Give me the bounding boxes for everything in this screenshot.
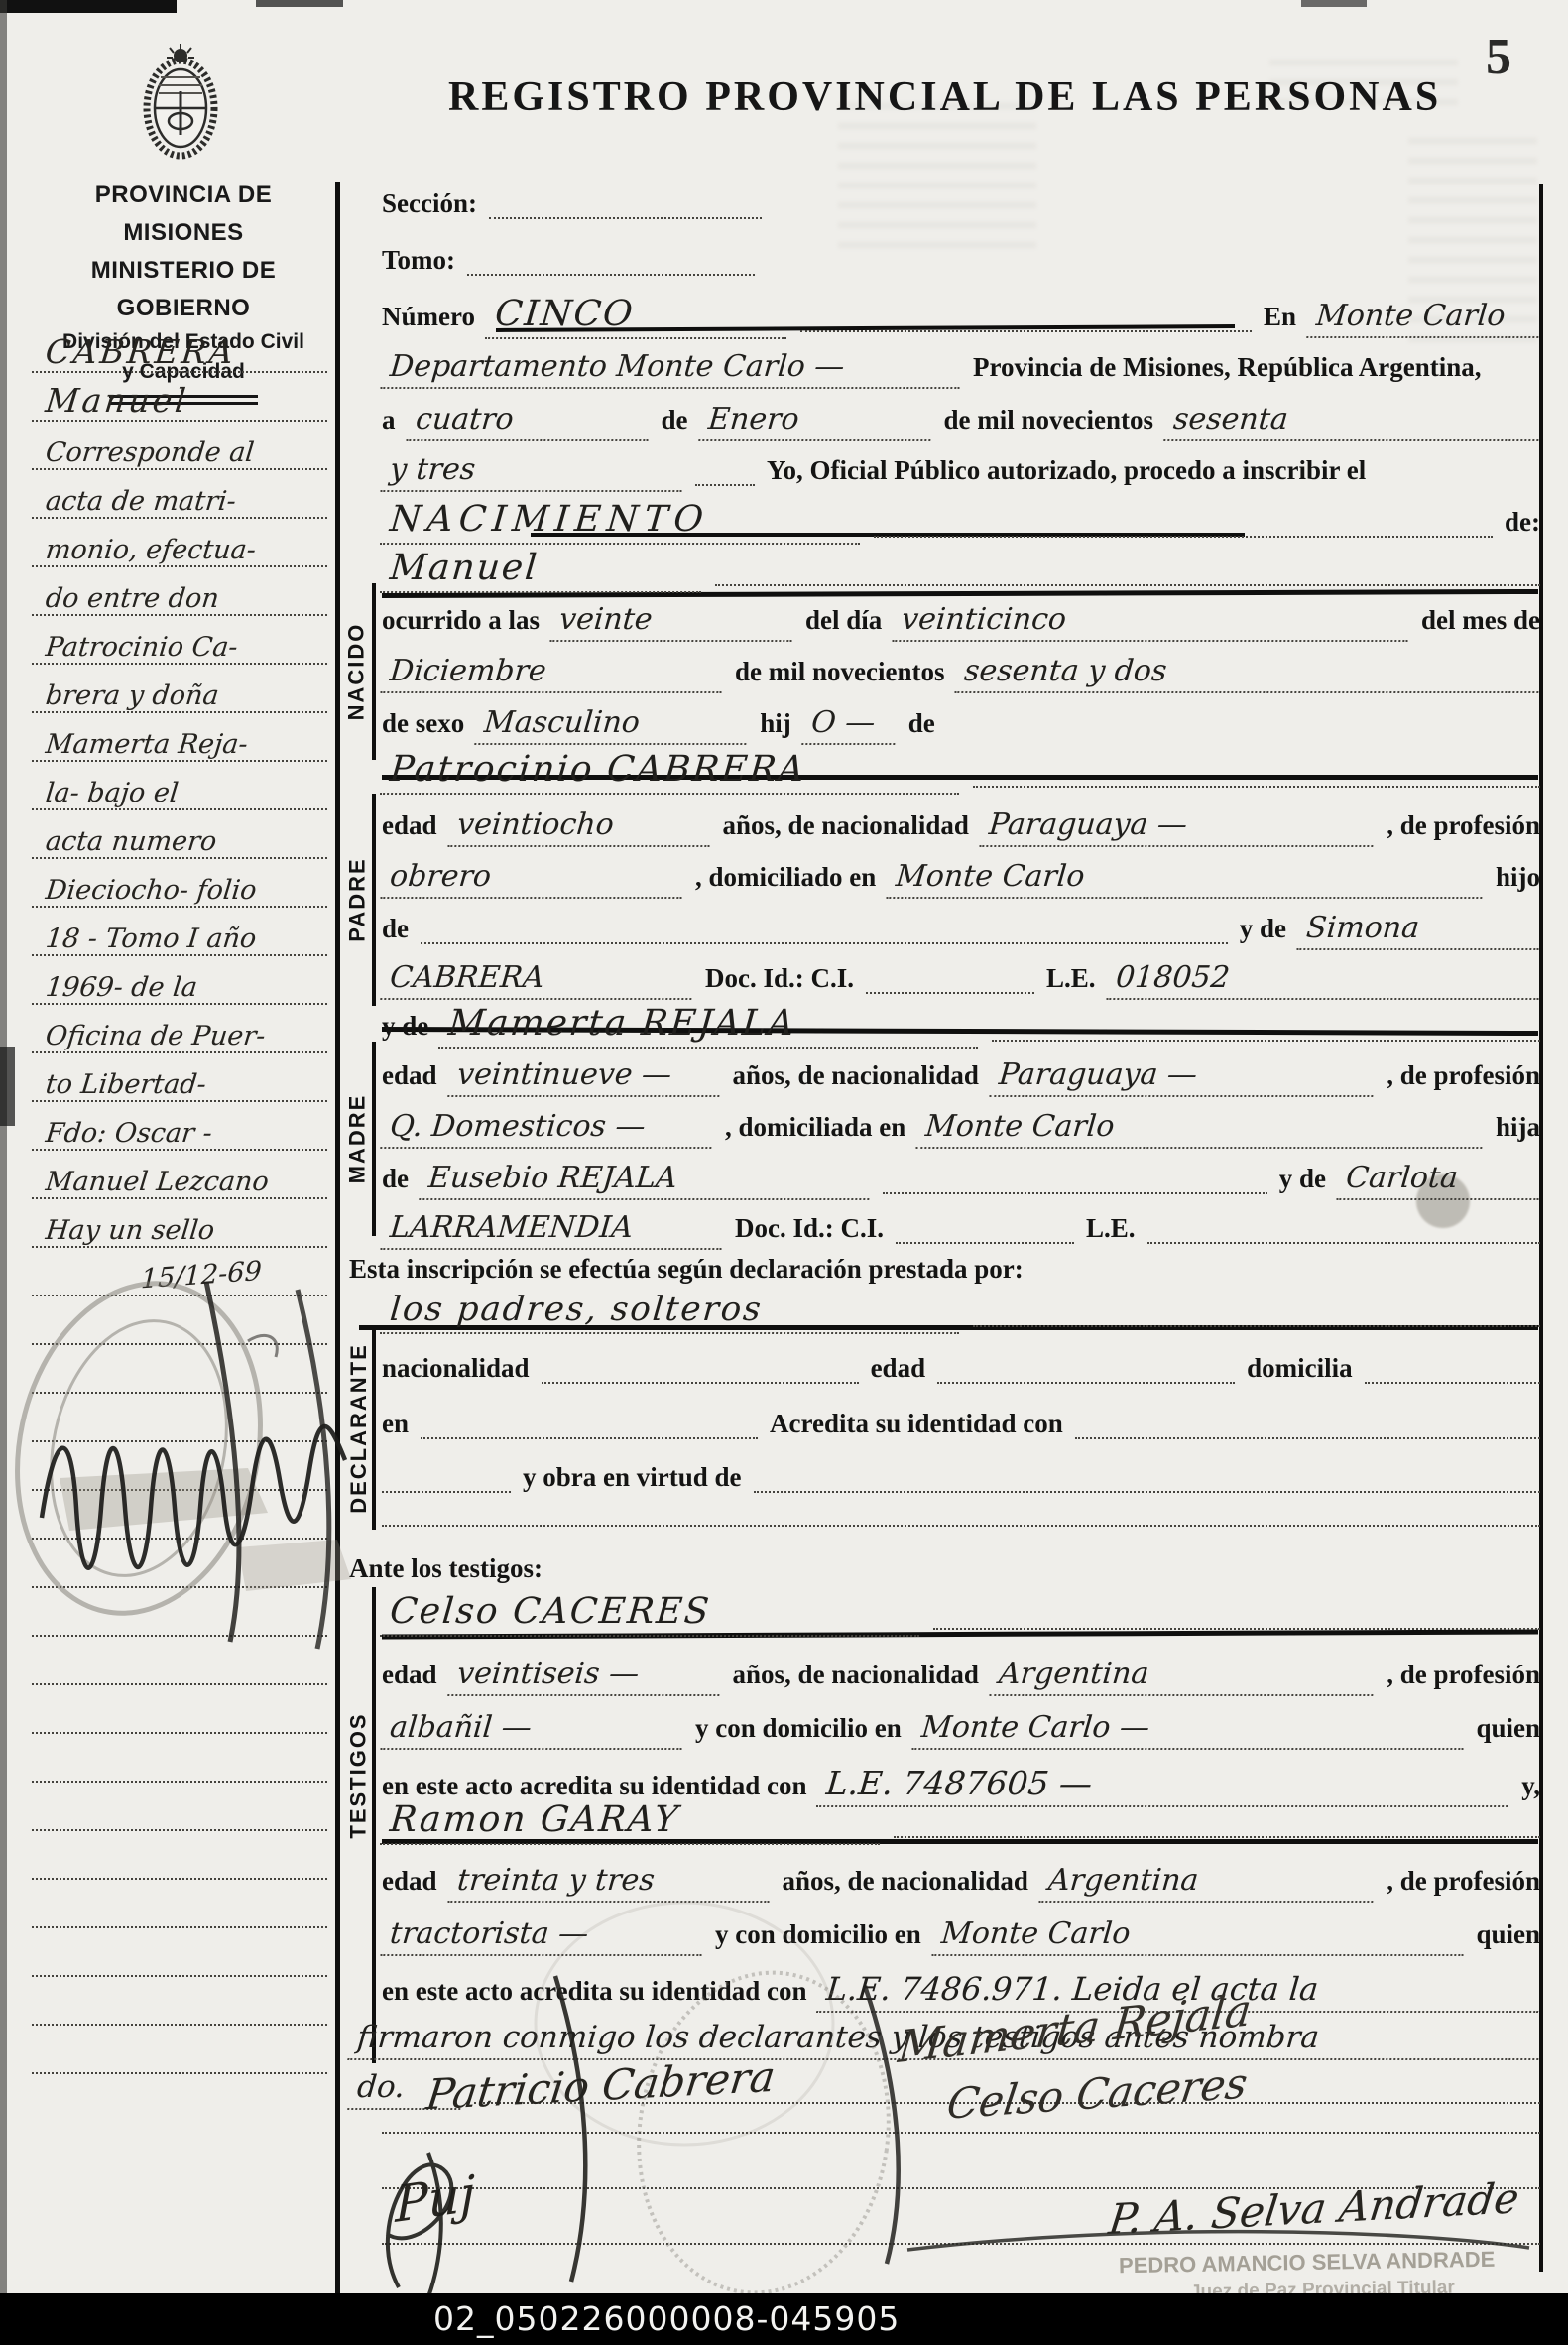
margin-note-line: Dieciocho- folio	[32, 857, 327, 908]
de-label: de	[382, 1164, 409, 1194]
madre-edad-value: veintinueve —	[447, 1057, 722, 1097]
y-label: y,	[1521, 1771, 1540, 1801]
margin-note-line: Oficina de Puer-	[32, 1003, 327, 1053]
testigo2-domicilio-value: Monte Carlo	[931, 1916, 1466, 1956]
hijo-label: hijo	[1496, 862, 1540, 893]
blank-line	[467, 274, 755, 276]
doc-label: Doc. Id.: C.I.	[705, 963, 854, 994]
margin-note-line: Manuel Lezcano	[32, 1149, 327, 1199]
field-nombre-padre: Patrocinio CABRERA	[382, 749, 1540, 797]
margin-blank-line	[32, 1781, 327, 1831]
field-acto: NACIMIENTO de:	[382, 499, 1540, 547]
field-departamento: Departamento Monte Carlo — Provincia de …	[382, 349, 1540, 397]
birth-certificate-scan: REGISTRO PROVINCIAL DE LAS PERSONAS 5 PR…	[0, 0, 1568, 2345]
numero-label: Número	[382, 302, 475, 332]
profesion-label: , de profesión	[1387, 1660, 1540, 1690]
acredita-label: en este acto acredita su identidad con	[382, 1976, 806, 2007]
por-value: los padres, solteros	[380, 1290, 963, 1334]
blank-line	[382, 2243, 1540, 2245]
margin-blank-line	[32, 1683, 327, 1734]
domiciliado-label: , domiciliado en	[695, 862, 876, 893]
page-number: 5	[1486, 28, 1511, 86]
blank-line	[933, 1628, 1540, 1630]
testigo1-edad-value: veintiseis —	[447, 1657, 722, 1696]
hijo-value: O —	[801, 705, 898, 745]
padre-nombre-value: Patrocinio CABRERA	[380, 749, 963, 795]
field-fecha: a cuatro de Enero de mil novecientos ses…	[382, 402, 1540, 449]
nombre-value: Manuel	[380, 548, 705, 593]
testigo1-domicilio-value: Monte Carlo —	[911, 1710, 1466, 1750]
field-numero: Número CINCO En Monte Carlo	[382, 294, 1540, 341]
madre-abuela-value: Carlota	[1336, 1161, 1541, 1200]
scan-footer-bar: 02_050226000008-045905	[0, 2293, 1568, 2345]
blank-line	[489, 217, 762, 219]
field-testigo1-edad: edad veintiseis — años, de nacionalidad …	[382, 1657, 1540, 1704]
margin-note-line: to Libertad-	[32, 1051, 327, 1102]
margin-note-line: monio, efectua-	[32, 517, 327, 567]
field-testigo2-doc: en este acto acredita su identidad con L…	[382, 1970, 1540, 2018]
blank-line	[382, 2132, 1540, 2134]
anio-nac-value: sesenta y dos	[955, 654, 1542, 693]
obra-label: y obra en virtud de	[523, 1462, 742, 1493]
margin-blank-line	[32, 2024, 327, 2074]
padre-abuela-value: Simona	[1296, 911, 1541, 950]
field-testigo2-nombre: Ramon GARAY	[382, 1799, 1540, 1847]
field-padre-abuelos: de y de Simona	[382, 911, 1540, 958]
blank-line	[874, 536, 1493, 538]
madre-profesion-value: Q. Domesticos —	[380, 1109, 714, 1149]
departamento-value: Departamento Monte Carlo —	[380, 349, 962, 389]
field-declarante-por: los padres, solteros	[382, 1290, 1540, 1337]
edad-label: edad	[382, 1660, 437, 1690]
field-testigo1-profesion: albañil — y con domicilio en Monte Carlo…	[382, 1710, 1540, 1758]
padre-profesion-value: obrero	[380, 859, 684, 899]
padre-edad-value: veintiocho	[447, 807, 712, 847]
form-left-border	[335, 182, 340, 2293]
scan-artifact	[1301, 0, 1367, 7]
sexo-value: Masculino	[475, 705, 750, 745]
field-padre-doc: CABRERA Doc. Id.: C.I. L.E. 018052	[382, 960, 1540, 1008]
desexo-label: de sexo	[382, 708, 464, 739]
blank-line	[1075, 1437, 1540, 1439]
section-bracket-padre	[372, 794, 376, 1006]
testigo2-profesion-value: tractorista —	[380, 1916, 704, 1956]
margin-note-line: brera y doña	[32, 663, 327, 713]
blank-line	[421, 1437, 758, 1439]
margin-blank-line	[32, 1586, 327, 1637]
en-label: en	[382, 1409, 409, 1439]
office-line: MINISTERIO DE GOBIERNO	[40, 252, 327, 327]
delmes-label: del mes de	[1421, 605, 1540, 636]
madre-domicilio-value: Monte Carlo	[916, 1109, 1486, 1149]
blank-line	[894, 1836, 1540, 1838]
dia-nac-value: veinticinco	[893, 602, 1411, 642]
de-label: de	[908, 708, 935, 739]
blank-line	[1365, 1382, 1540, 1384]
lugar-value: Monte Carlo	[1306, 299, 1541, 338]
edad-label: edad	[382, 1060, 437, 1091]
field-testigo2-profesion: tractorista — y con domicilio en Monte C…	[382, 1916, 1540, 1964]
field-declarante-en: en Acredita su identidad con	[382, 1409, 1540, 1456]
edad-label: edad	[382, 1866, 437, 1897]
margin-blank-line	[32, 1878, 327, 1928]
a-label: a	[382, 405, 396, 435]
blank-line	[715, 584, 1540, 586]
ocurrido-label: ocurrido a las	[382, 605, 540, 636]
testigo1-nacionalidad-value: Argentina	[989, 1657, 1377, 1696]
mes-nac-value: Diciembre	[380, 654, 724, 693]
anos-label: años, de nacionalidad	[723, 810, 969, 841]
blank-line	[992, 1040, 1540, 1042]
madre-apellido-value: LARRAMENDIA	[380, 1210, 724, 1250]
page-title: REGISTRO PROVINCIAL DE LAS PERSONAS	[448, 73, 1441, 121]
field-madre-profesion: Q. Domesticos — , domiciliada en Monte C…	[382, 1109, 1540, 1157]
field-nombre-nacido: Manuel	[382, 548, 1540, 595]
anio2-value: y tres	[380, 452, 684, 492]
testigo2-edad-value: treinta y tres	[447, 1863, 772, 1903]
margin-note-line: Patrocinio Ca-	[32, 614, 327, 665]
padre-domicilio-value: Monte Carlo	[887, 859, 1486, 899]
madre-abuelo-value: Eusebio REJALA	[419, 1161, 872, 1200]
section-bracket-nacido	[372, 583, 376, 760]
dia-value: cuatro	[406, 402, 651, 441]
blank-line	[421, 942, 1228, 944]
field-testigo1-nombre: Celso CACERES	[382, 1591, 1540, 1639]
margin-note-line: Mamerta Reja-	[32, 711, 327, 762]
acto-value: NACIMIENTO	[380, 499, 864, 545]
section-bracket-declarante	[372, 1327, 376, 1530]
margin-blank-line	[32, 1635, 327, 1685]
deldia-label: del día	[805, 605, 882, 636]
hora-value: veinte	[549, 602, 794, 642]
anos-label: años, de nacionalidad	[733, 1660, 979, 1690]
yde-label: y de	[1240, 914, 1286, 944]
ante-label: Ante los testigos:	[349, 1553, 543, 1584]
field-anio2: y tres Yo, Oficial Público autorizado, p…	[382, 452, 1540, 500]
domicilio-label: y con domicilio en	[695, 1713, 902, 1744]
section-label-testigos: TESTIGOS	[346, 1712, 372, 1838]
margin-blank-line	[32, 1926, 327, 1977]
field-tomo: Tomo:	[382, 245, 1540, 293]
blank-line	[382, 1525, 1540, 1527]
testigo1-nombre-value: Celso CACERES	[380, 1591, 923, 1637]
margin-note-line: Manuel	[32, 371, 327, 422]
margin-note-line: 18 - Tomo I año	[32, 906, 327, 956]
blank-line	[883, 1192, 1267, 1194]
acredita-label: Acredita su identidad con	[770, 1409, 1063, 1439]
blank-line	[754, 1491, 1540, 1493]
intro-label: Esta inscripción se efectúa según declar…	[349, 1254, 1024, 1285]
anio-value: sesenta	[1163, 402, 1542, 441]
demil-label: de mil novecientos	[735, 657, 944, 687]
margin-blank-line	[32, 1392, 327, 1442]
padre-nacionalidad-value: Paraguaya —	[979, 807, 1377, 847]
scan-id: 02_050226000008-045905	[433, 2299, 900, 2338]
edad-label: edad	[382, 810, 437, 841]
margin-note-line: 1969- de la	[32, 954, 327, 1005]
margin-note-line: do entre don	[32, 565, 327, 616]
margin-note-line: Corresponde al	[32, 420, 327, 470]
margin-note-line: acta numero	[32, 808, 327, 859]
margin-blank-line	[32, 1732, 327, 1783]
blank-line	[800, 330, 1252, 332]
margin-blank-line	[32, 1975, 327, 2026]
domiciliada-label: , domiciliada en	[725, 1112, 905, 1143]
margin-note-line: CABRERA	[32, 322, 327, 373]
yde2-label: y de	[1279, 1164, 1326, 1194]
le-label: L.E.	[1046, 963, 1096, 994]
oficial-label: Yo, Oficial Público autorizado, procedo …	[767, 455, 1366, 486]
section-label-padre: PADRE	[345, 857, 371, 941]
testigo2-nombre-value: Ramon GARAY	[380, 1799, 884, 1845]
margin-blank-line	[32, 1489, 327, 1540]
rubrica-flourish-text: Puj	[395, 2164, 475, 2234]
margin-note-line: 15/12-69	[32, 1246, 327, 1296]
blank-form-line	[382, 2125, 1540, 2172]
numero-value: CINCO	[485, 294, 790, 339]
testigo1-profesion-value: albañil —	[380, 1710, 684, 1750]
madre-nombre-value: Mamerta REJALA	[438, 1003, 982, 1049]
field-seccion: Sección:	[382, 188, 1540, 236]
field-padre-edad: edad veintiocho años, de nacionalidad Pa…	[382, 807, 1540, 855]
mes-value: Enero	[698, 402, 933, 441]
section-bracket-madre	[372, 1042, 376, 1236]
domicilio-label: y con domicilio en	[715, 1919, 921, 1950]
nacionalidad-label: nacionalidad	[382, 1353, 530, 1384]
doc-label: Doc. Id.: C.I.	[735, 1213, 884, 1244]
section-label-madre: MADRE	[344, 1094, 370, 1184]
blank-line	[896, 1242, 1074, 1244]
blank-line	[1147, 1242, 1540, 1244]
section-label-nacido: NACIDO	[343, 623, 369, 721]
field-madre-abuelos: de Eusebio REJALA y de Carlota	[382, 1161, 1540, 1208]
field-declarante-obra: y obra en virtud de	[382, 1462, 1540, 1510]
en-label: En	[1264, 302, 1296, 332]
margin-blank-line	[32, 1440, 327, 1491]
office-line: PROVINCIA DE MISIONES	[40, 177, 327, 252]
hija-label: hija	[1496, 1112, 1540, 1143]
scan-artifact	[0, 1047, 15, 1126]
section-bracket-testigos	[372, 1587, 376, 2063]
padre-apellido-value: CABRERA	[380, 960, 694, 1000]
field-ocurrido: ocurrido a las veinte del día veinticinc…	[382, 602, 1540, 650]
margin-blank-line	[32, 1538, 327, 1588]
field-mes-nacimiento: Diciembre de mil novecientos sesenta y d…	[382, 654, 1540, 701]
margin-note-line: la- bajo el	[32, 760, 327, 810]
demil-label: de mil novecientos	[944, 405, 1153, 435]
hij-label: hij	[760, 708, 791, 739]
scan-artifact	[0, 0, 177, 13]
margin-blank-line	[32, 1829, 327, 1880]
quien-label: quien	[1476, 1919, 1540, 1950]
blank-line	[542, 1382, 859, 1384]
testigo2-nacionalidad-value: Argentina	[1038, 1863, 1377, 1903]
margin-note-line: Fdo: Oscar -	[32, 1100, 327, 1151]
anos-label: años, de nacionalidad	[733, 1060, 979, 1091]
blank-line	[866, 992, 1034, 994]
padre-le-value: 018052	[1106, 960, 1542, 1000]
section-label-declarante: DECLARANTE	[346, 1343, 372, 1514]
domicilia-label: domicilia	[1247, 1353, 1353, 1384]
edad-label: edad	[871, 1353, 926, 1384]
margin-blank-line	[32, 1295, 327, 1345]
blank-line	[973, 786, 1540, 788]
le-label: L.E.	[1086, 1213, 1136, 1244]
acredita-label: en este acto acredita su identidad con	[382, 1771, 806, 1801]
blank-line	[973, 1325, 1540, 1327]
field-declarante-nacionalidad: nacionalidad edad domicilia	[382, 1353, 1540, 1401]
blank-line	[695, 484, 755, 486]
provincia-label: Provincia de Misiones, República Argenti…	[973, 352, 1482, 383]
field-padre-profesion: obrero , domiciliado en Monte Carlo hijo	[382, 859, 1540, 907]
field-nombre-madre: y de Mamerta REJALA	[382, 1003, 1540, 1050]
de-label: de	[662, 405, 688, 435]
field-madre-doc: LARRAMENDIA Doc. Id.: C.I. L.E.	[382, 1210, 1540, 1258]
de2-label: de:	[1505, 507, 1540, 538]
field-testigo2-edad: edad treinta y tres años, de nacionalida…	[382, 1863, 1540, 1911]
scan-artifact	[256, 0, 343, 7]
tomo-label: Tomo:	[382, 245, 455, 276]
profesion-label: , de profesión	[1387, 1060, 1540, 1091]
blank-line	[937, 1382, 1235, 1384]
scan-edge-shadow	[0, 0, 7, 2345]
field-madre-edad: edad veintinueve — años, de nacionalidad…	[382, 1057, 1540, 1105]
blank-line	[382, 1491, 511, 1493]
yde-label: y de	[382, 1011, 428, 1042]
margin-note-line: acta de matri-	[32, 468, 327, 519]
coat-of-arms-icon	[121, 34, 240, 173]
seccion-label: Sección:	[382, 188, 477, 219]
de-label: de	[382, 914, 409, 944]
profesion-label: , de profesión	[1387, 1866, 1540, 1897]
madre-nacionalidad-value: Paraguaya —	[989, 1057, 1377, 1097]
quien-label: quien	[1476, 1713, 1540, 1744]
margin-note-line: Hay un sello	[32, 1197, 327, 1248]
field-sexo: de sexo Masculino hij O — de	[382, 705, 1540, 753]
margin-blank-line	[32, 1343, 327, 1394]
anos-label: años, de nacionalidad	[783, 1866, 1028, 1897]
profesion-label: , de profesión	[1387, 810, 1540, 841]
